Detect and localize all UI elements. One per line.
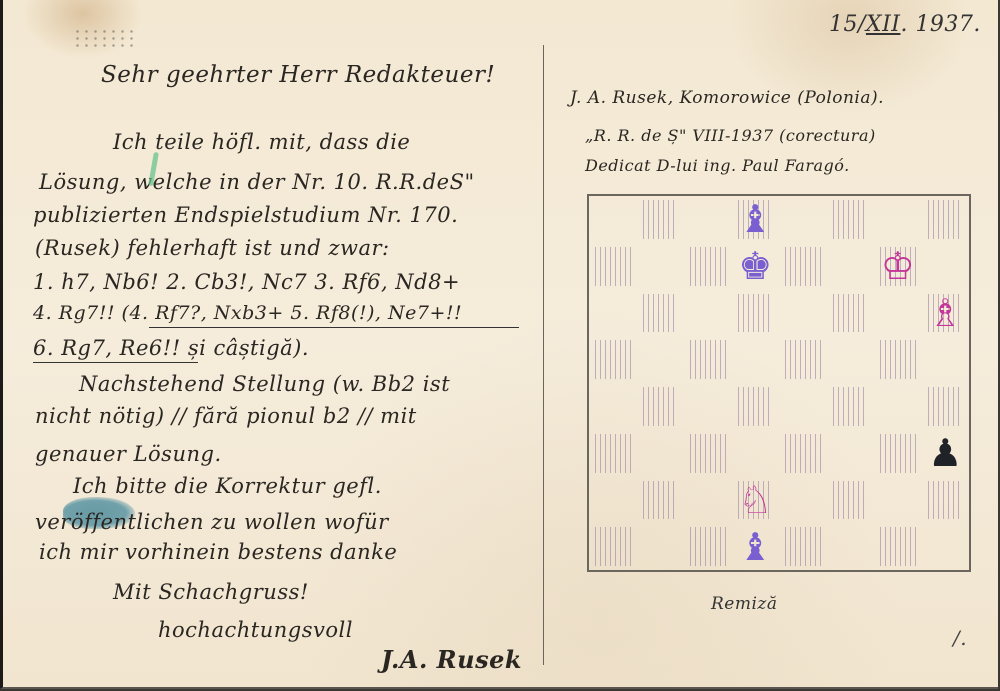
letter-salutation: Sehr geehrter Herr Redakteuer!	[101, 62, 495, 88]
hatched-square	[833, 481, 869, 520]
board-square-h6: ♗	[922, 290, 970, 337]
board-square-a3	[589, 430, 637, 477]
letter-closing: hochachtungsvoll	[158, 618, 353, 642]
knight-icon: ♘	[732, 477, 780, 524]
board-square-d8: ♝	[732, 196, 780, 243]
hatched-square	[880, 434, 916, 473]
hatched-square	[833, 387, 869, 426]
board-square-h4	[922, 383, 970, 430]
board-square-e4	[779, 383, 827, 430]
board-square-a6	[589, 290, 637, 337]
board-square-d2: ♘	[732, 477, 780, 524]
letter-line: genauer Lösung.	[35, 442, 222, 466]
board-square-e5	[779, 336, 827, 383]
board-square-g7: ♔	[874, 243, 922, 290]
board-square-h1	[922, 523, 970, 570]
hatched-square	[643, 294, 679, 333]
underline	[149, 327, 519, 328]
board-square-a1	[589, 523, 637, 570]
board-square-d3	[732, 430, 780, 477]
hatched-square	[595, 340, 631, 379]
board-square-f1	[827, 523, 875, 570]
board-square-g1	[874, 523, 922, 570]
board-square-h7	[922, 243, 970, 290]
letter-line: Nachstehend Stellung (w. Bb2 ist	[79, 372, 450, 396]
board-square-c5	[684, 336, 732, 383]
date: 15/XII. 1937.	[829, 12, 981, 37]
board-square-d4	[732, 383, 780, 430]
date-month: XII	[866, 12, 901, 37]
board-square-f4	[827, 383, 875, 430]
king-icon: ♔	[874, 243, 922, 290]
letter-line: 1. h7, Nb6! 2. Cb3!, Nc7 3. Rf6, Nd8+	[33, 270, 460, 294]
board-square-h5	[922, 336, 970, 383]
board-square-f3	[827, 430, 875, 477]
board-square-d6	[732, 290, 780, 337]
board-square-e2	[779, 477, 827, 524]
board-square-g5	[874, 336, 922, 383]
board-square-c7	[684, 243, 732, 290]
dedication-line: Dedicat D-lui ing. Paul Faragó.	[585, 156, 850, 175]
hatched-square	[595, 527, 631, 566]
hatched-square	[833, 294, 869, 333]
bishop-icon: ♝	[732, 196, 780, 243]
board-square-f7	[827, 243, 875, 290]
letter-line: veröffentlichen zu wollen wofür	[35, 510, 389, 534]
board-square-c2	[684, 477, 732, 524]
board-square-e1	[779, 523, 827, 570]
letter-line: Ich bitte die Korrektur gefl.	[73, 474, 382, 498]
board-square-f5	[827, 336, 875, 383]
author-line: J. A. Rusek, Komorowice (Polonia).	[570, 88, 884, 108]
board-square-h2	[922, 477, 970, 524]
board-square-a8	[589, 196, 637, 243]
board-square-b3	[637, 430, 685, 477]
hatched-square	[643, 481, 679, 520]
hatched-square	[833, 200, 869, 239]
hatched-square	[595, 247, 631, 286]
hatched-square	[785, 434, 821, 473]
hatched-square	[595, 434, 631, 473]
letter-line: 4. Rg7!! (4. Rf7?, Nxb3+ 5. Rf8(!), Ne7+…	[33, 302, 462, 324]
board-square-h3: ♟	[922, 430, 970, 477]
board-square-g2	[874, 477, 922, 524]
hatched-square	[690, 247, 726, 286]
board-square-e8	[779, 196, 827, 243]
board-square-a2	[589, 477, 637, 524]
result-caption: Remiză	[711, 594, 778, 614]
board-square-d7: ♚	[732, 243, 780, 290]
letter-line: (Rusek) fehlerhaft ist und zwar:	[35, 236, 390, 260]
hatched-square	[928, 481, 964, 520]
board-square-b5	[637, 336, 685, 383]
board-square-b1	[637, 523, 685, 570]
board-square-a4	[589, 383, 637, 430]
hatched-square	[690, 340, 726, 379]
letter-closing: Mit Schachgruss!	[113, 580, 309, 604]
hatched-square	[785, 527, 821, 566]
hatched-square	[880, 340, 916, 379]
board-square-c1	[684, 523, 732, 570]
bishop-icon: ♝	[732, 523, 780, 570]
hatched-square	[738, 387, 774, 426]
board-square-f2	[827, 477, 875, 524]
board-square-b4	[637, 383, 685, 430]
board-square-g4	[874, 383, 922, 430]
board-square-c6	[684, 290, 732, 337]
board-square-a5	[589, 336, 637, 383]
board-square-b7	[637, 243, 685, 290]
hatched-square	[785, 340, 821, 379]
board-square-d1: ♝	[732, 523, 780, 570]
board-square-g6	[874, 290, 922, 337]
date-year: . 1937.	[900, 12, 980, 37]
letter-line: publizierten Endspielstudium Nr. 170.	[33, 203, 458, 227]
hatched-square	[785, 247, 821, 286]
corner-mark: /.	[953, 626, 967, 650]
hatched-square	[880, 527, 916, 566]
board-square-e7	[779, 243, 827, 290]
board-square-f6	[827, 290, 875, 337]
board-square-f8	[827, 196, 875, 243]
date-day: 15/	[829, 12, 866, 37]
board-square-b8	[637, 196, 685, 243]
hatched-square	[690, 434, 726, 473]
bishop-icon: ♗	[922, 290, 970, 337]
divider	[543, 45, 544, 665]
letter-line: nicht nötig) // fără pionul b2 // mit	[35, 404, 417, 428]
hatched-square	[643, 200, 679, 239]
letter-line: Ich teile höfl. mit, dass die	[113, 130, 410, 154]
board-square-g3	[874, 430, 922, 477]
signature: J.A. Rusek	[381, 645, 522, 674]
king-icon: ♚	[732, 243, 780, 290]
board-square-c3	[684, 430, 732, 477]
pawn-icon: ♟	[922, 430, 970, 477]
underline	[33, 362, 198, 363]
hatched-square	[928, 200, 964, 239]
board-square-b6	[637, 290, 685, 337]
hatched-square	[738, 294, 774, 333]
postcard: Sehr geehrter Herr Redakteuer! Ich teile…	[0, 0, 998, 689]
hatched-square	[643, 387, 679, 426]
board-square-e3	[779, 430, 827, 477]
ink-spots	[73, 28, 133, 48]
letter-line: ich mir vorhinein bestens danke	[39, 540, 397, 564]
hatched-square	[928, 387, 964, 426]
hatched-square	[690, 527, 726, 566]
board-square-c4	[684, 383, 732, 430]
source-line: „R. R. de Ș" VIII-1937 (corectura)	[585, 126, 876, 145]
letter-line: 6. Rg7, Re6!! și câștigă).	[33, 336, 309, 360]
chess-board: ♝♚♔♗♟♘♝	[587, 194, 971, 572]
board-square-c8	[684, 196, 732, 243]
board-square-h8	[922, 196, 970, 243]
board-square-b2	[637, 477, 685, 524]
board-square-d5	[732, 336, 780, 383]
letter-line: Lösung, welche in der Nr. 10. R.R.deS"	[39, 170, 475, 194]
board-square-g8	[874, 196, 922, 243]
board-square-e6	[779, 290, 827, 337]
board-square-a7	[589, 243, 637, 290]
